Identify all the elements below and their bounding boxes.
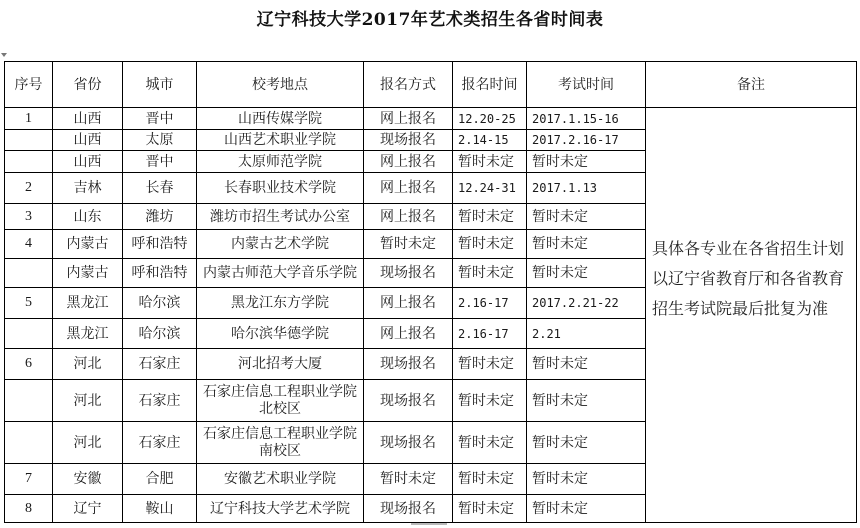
cell-reg-method: 网上报名 (364, 204, 453, 230)
cell-province: 黑龙江 (53, 288, 123, 319)
cell-venue: 潍坊市招生考试办公室 (197, 204, 364, 230)
cell-province: 内蒙古 (53, 259, 123, 288)
table-row: 1 山西 晋中 山西传媒学院 网上报名 12.20-25 2017.1.15-1… (5, 108, 857, 130)
cell-city: 鞍山 (123, 495, 197, 523)
cell-venue: 内蒙古师范大学音乐学院 (197, 259, 364, 288)
cell-exam-time: 暂时未定 (527, 204, 646, 230)
cell-venue: 内蒙古艺术学院 (197, 230, 364, 259)
header-province: 省份 (53, 62, 123, 108)
cell-reg-time: 12.20-25 (453, 108, 527, 130)
header-reg-method: 报名方式 (364, 62, 453, 108)
cell-province: 内蒙古 (53, 230, 123, 259)
cell-seq: 1 (5, 108, 53, 130)
cell-city: 哈尔滨 (123, 288, 197, 319)
cell-province: 山西 (53, 130, 123, 151)
cell-city: 晋中 (123, 108, 197, 130)
cell-reg-time: 暂时未定 (453, 495, 527, 523)
cell-reg-method: 现场报名 (364, 349, 453, 380)
cell-exam-time: 2017.2.21-22 (527, 288, 646, 319)
cell-reg-time: 暂时未定 (453, 464, 527, 495)
cell-province: 辽宁 (53, 495, 123, 523)
cell-reg-time: 暂时未定 (453, 349, 527, 380)
header-venue: 校考地点 (197, 62, 364, 108)
cell-reg-method: 网上报名 (364, 319, 453, 349)
cell-province: 河北 (53, 349, 123, 380)
header-row: 序号 省份 城市 校考地点 报名方式 报名时间 考试时间 备注 (5, 62, 857, 108)
cell-city: 哈尔滨 (123, 319, 197, 349)
cell-reg-method: 暂时未定 (364, 230, 453, 259)
cell-city: 太原 (123, 130, 197, 151)
cell-exam-time: 2017.2.16-17 (527, 130, 646, 151)
cell-province: 河北 (53, 380, 123, 422)
cell-exam-time: 暂时未定 (527, 230, 646, 259)
cell-reg-method: 现场报名 (364, 422, 453, 464)
cell-exam-time: 暂时未定 (527, 151, 646, 173)
cell-seq: 5 (5, 288, 53, 319)
cell-seq: 4 (5, 230, 53, 259)
cell-seq: 3 (5, 204, 53, 230)
cell-city: 呼和浩特 (123, 230, 197, 259)
cell-exam-time: 暂时未定 (527, 380, 646, 422)
cell-venue: 石家庄信息工程职业学院北校区 (197, 380, 364, 422)
cell-reg-time: 暂时未定 (453, 422, 527, 464)
cell-seq (5, 422, 53, 464)
cell-city: 潍坊 (123, 204, 197, 230)
cell-exam-time: 暂时未定 (527, 422, 646, 464)
cell-reg-method: 网上报名 (364, 173, 453, 204)
cell-venue: 河北招考大厦 (197, 349, 364, 380)
cell-venue: 辽宁科技大学艺术学院 (197, 495, 364, 523)
header-city: 城市 (123, 62, 197, 108)
cell-province: 黑龙江 (53, 319, 123, 349)
cell-province: 安徽 (53, 464, 123, 495)
cell-city: 长春 (123, 173, 197, 204)
cell-venue: 哈尔滨华德学院 (197, 319, 364, 349)
cell-province: 山西 (53, 151, 123, 173)
cell-reg-time: 暂时未定 (453, 151, 527, 173)
cell-city: 石家庄 (123, 422, 197, 464)
cell-seq (5, 259, 53, 288)
cell-venue: 山西艺术职业学院 (197, 130, 364, 151)
cell-seq: 7 (5, 464, 53, 495)
cell-venue: 山西传媒学院 (197, 108, 364, 130)
cell-venue: 长春职业技术学院 (197, 173, 364, 204)
cell-venue: 石家庄信息工程职业学院南校区 (197, 422, 364, 464)
cell-exam-time: 2017.1.15-16 (527, 108, 646, 130)
document-title: 辽宁科技大学2017年艺术类招生各省时间表 (0, 5, 860, 30)
cell-seq (5, 130, 53, 151)
header-remark: 备注 (646, 62, 857, 108)
cell-exam-time: 2.21 (527, 319, 646, 349)
cell-province: 吉林 (53, 173, 123, 204)
cell-exam-time: 2017.1.13 (527, 173, 646, 204)
cell-reg-method: 暂时未定 (364, 464, 453, 495)
cell-reg-time: 12.24-31 (453, 173, 527, 204)
cell-seq: 8 (5, 495, 53, 523)
cell-reg-method: 现场报名 (364, 380, 453, 422)
cell-seq: 6 (5, 349, 53, 380)
cell-reg-time: 2.16-17 (453, 319, 527, 349)
cell-seq (5, 380, 53, 422)
cell-city: 石家庄 (123, 380, 197, 422)
cell-reg-method: 网上报名 (364, 288, 453, 319)
cell-city: 晋中 (123, 151, 197, 173)
cell-province: 山西 (53, 108, 123, 130)
header-seq: 序号 (5, 62, 53, 108)
remark-text: 具体各专业在各省招生计划以辽宁省教育厅和各省教育招生考试院最后批复为准 (652, 234, 850, 324)
cell-reg-time: 2.14-15 (453, 130, 527, 151)
cell-reg-method: 现场报名 (364, 495, 453, 523)
header-exam-time: 考试时间 (527, 62, 646, 108)
cell-exam-time: 暂时未定 (527, 259, 646, 288)
cell-province: 河北 (53, 422, 123, 464)
cell-reg-time: 2.16-17 (453, 288, 527, 319)
page-boundary-marker (411, 523, 447, 525)
cell-exam-time: 暂时未定 (527, 464, 646, 495)
cell-seq (5, 319, 53, 349)
cell-city: 石家庄 (123, 349, 197, 380)
cell-province: 山东 (53, 204, 123, 230)
cell-reg-time: 暂时未定 (453, 380, 527, 422)
cell-exam-time: 暂时未定 (527, 495, 646, 523)
remark-cell: 具体各专业在各省招生计划以辽宁省教育厅和各省教育招生考试院最后批复为准 (646, 108, 857, 523)
cell-seq (5, 151, 53, 173)
cell-reg-time: 暂时未定 (453, 230, 527, 259)
cell-exam-time: 暂时未定 (527, 349, 646, 380)
header-reg-time: 报名时间 (453, 62, 527, 108)
cell-reg-method: 现场报名 (364, 130, 453, 151)
schedule-table: 序号 省份 城市 校考地点 报名方式 报名时间 考试时间 备注 1 山西 晋中 … (4, 61, 857, 523)
cell-reg-time: 暂时未定 (453, 259, 527, 288)
cell-city: 呼和浩特 (123, 259, 197, 288)
cell-city: 合肥 (123, 464, 197, 495)
cell-seq: 2 (5, 173, 53, 204)
cell-venue: 安徽艺术职业学院 (197, 464, 364, 495)
cell-reg-time: 暂时未定 (453, 204, 527, 230)
cell-venue: 黑龙江东方学院 (197, 288, 364, 319)
cell-reg-method: 网上报名 (364, 108, 453, 130)
cell-reg-method: 现场报名 (364, 259, 453, 288)
cell-venue: 太原师范学院 (197, 151, 364, 173)
table-move-handle-icon[interactable] (1, 53, 7, 57)
cell-reg-method: 网上报名 (364, 151, 453, 173)
